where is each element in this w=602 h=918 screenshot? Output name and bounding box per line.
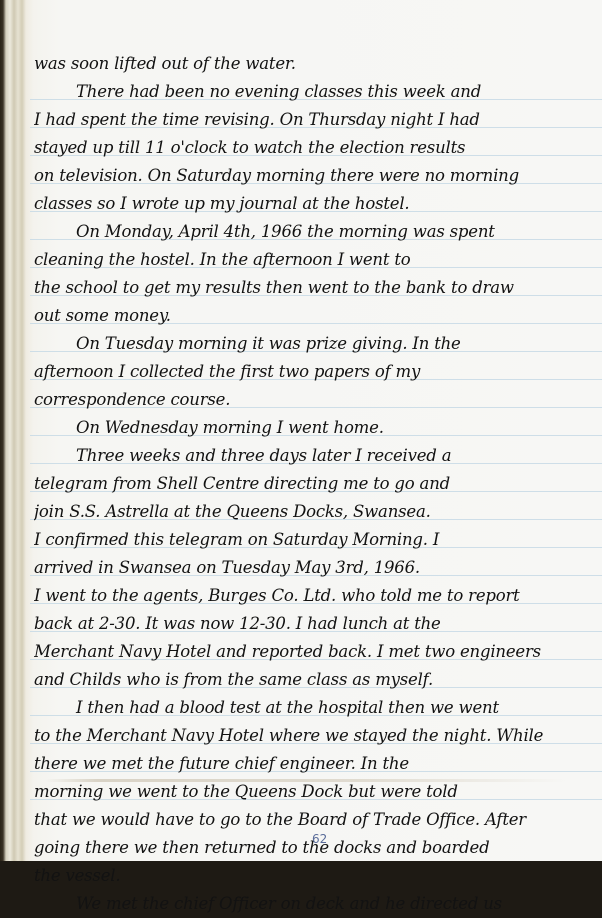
handwritten-text: was soon lifted out of the water. There … — [34, 50, 602, 861]
text-line: cleaning the hostel. In the afternoon I … — [34, 246, 602, 274]
text-line: There had been no evening classes this w… — [34, 78, 602, 106]
text-line: I then had a blood test at the hospital … — [34, 694, 602, 722]
text-line: on television. On Saturday morning there… — [34, 162, 602, 190]
journal-page: was soon lifted out of the water. There … — [0, 0, 602, 861]
text-line: classes so I wrote up my journal at the … — [34, 190, 602, 218]
text-line: there we met the future chief engineer. … — [34, 750, 602, 778]
text-line: correspondence course. — [34, 386, 602, 414]
text-line: I went to the agents, Burges Co. Ltd. wh… — [34, 582, 602, 610]
text-line: out some money. — [34, 302, 602, 330]
text-line: stayed up till 11 o'clock to watch the e… — [34, 134, 602, 162]
text-line: On Monday, April 4th, 1966 the morning w… — [34, 218, 602, 246]
text-line: telegram from Shell Centre directing me … — [34, 470, 602, 498]
text-line: I confirmed this telegram on Saturday Mo… — [34, 526, 602, 554]
text-line: I had spent the time revising. On Thursd… — [34, 106, 602, 134]
text-line: that we would have to go to the Board of… — [34, 806, 602, 834]
text-line: to the Merchant Navy Hotel where we stay… — [34, 722, 602, 750]
text-line: afternoon I collected the first two pape… — [34, 358, 602, 386]
text-line: Three weeks and three days later I recei… — [34, 442, 602, 470]
text-line: the school to get my results then went t… — [34, 274, 602, 302]
text-line: was soon lifted out of the water. — [34, 50, 602, 78]
text-line: and Childs who is from the same class as… — [34, 666, 602, 694]
text-line: join S.S. Astrella at the Queens Docks, … — [34, 498, 602, 526]
text-line: On Tuesday morning it was prize giving. … — [34, 330, 602, 358]
text-line: On Wednesday morning I went home. — [34, 414, 602, 442]
text-line: Merchant Navy Hotel and reported back. I… — [34, 638, 602, 666]
text-line: morning we went to the Queens Dock but w… — [34, 778, 602, 806]
page-number: 62 — [312, 832, 327, 846]
text-line: arrived in Swansea on Tuesday May 3rd, 1… — [34, 554, 602, 582]
text-line: back at 2-30. It was now 12-30. I had lu… — [34, 610, 602, 638]
